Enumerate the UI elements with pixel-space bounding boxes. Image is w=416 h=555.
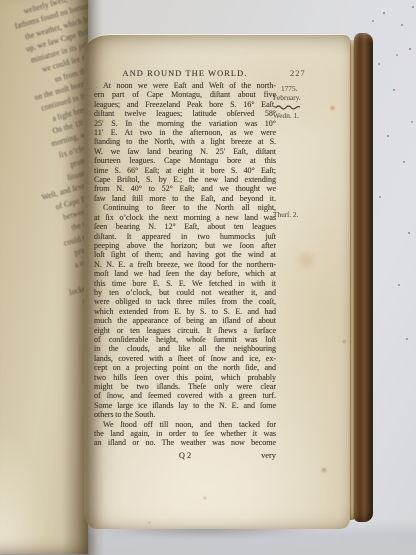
body-line: ſaw land ſtill more to the Eaſt, and bey… — [94, 194, 276, 203]
margin-note-date: 1775. February. Wedn. 1. — [273, 84, 337, 120]
body-line: Continuing to ſteer to the North all nig… — [94, 203, 276, 212]
body-line: were obliged to tack three miles from th… — [94, 297, 276, 306]
body-line: eight or ten leagues circuit. It ſhews a… — [94, 326, 276, 335]
body-line: two hills ſeen over this point, which pr… — [94, 373, 276, 382]
margin-year: 1775. — [273, 84, 337, 93]
body-line: moſt land we had ſeen the day before, wh… — [94, 269, 276, 278]
leather-board-edge — [354, 33, 373, 522]
body-line: an iſland or no. The weather was now bec… — [94, 438, 276, 447]
body-line: from N. 40° to 52° Eaſt; and we thought … — [94, 184, 276, 193]
body-line: Cape Briſtol, S. by E.; the new land ext… — [94, 175, 276, 184]
body-line: W. we ſaw land bearing N. 25′ Eaſt, diſt… — [94, 147, 276, 156]
body-line: 11′ E. At two in the afternoon, as we we… — [94, 128, 276, 137]
margin-weekday-1: Wedn. 1. — [273, 111, 337, 120]
body-line: others to the South. — [94, 410, 276, 419]
page-number: 227 — [290, 69, 330, 78]
body-line: At noon we were Eaſt and Weſt of the nor… — [94, 81, 276, 90]
body-line: by ten o’clock, but could not weather it… — [94, 288, 276, 297]
body-line: might be two iſlands. Theſe only were cl… — [94, 382, 276, 391]
body-line: ſtanding to the North, with a light bree… — [94, 137, 276, 146]
body-line: diſtant. It appeared in two hummocks juſ… — [94, 232, 276, 241]
body-line: in the clouds, and like all the neighbou… — [94, 344, 276, 353]
body-lines: At noon we were Eaſt and Weſt of the nor… — [94, 81, 276, 448]
body-line: fourteen leagues. Cape Montagu bore at t… — [94, 156, 276, 165]
margin-month: February. — [273, 93, 337, 102]
body-line: diſtant twelve leagues; latitude obſerve… — [94, 109, 276, 118]
body-line: N. N. E. a freſh breeze, we ſtood for th… — [94, 260, 276, 269]
body-line: ſeen bearing N. 12° Eaſt, about ten leag… — [94, 222, 276, 231]
body-line: at ſix o’clock the next morning a new la… — [94, 213, 276, 222]
body-line: this time bore E. S. E. We fetched in wi… — [94, 279, 276, 288]
book-photo: weſterly ſwell, whichfathoms found no bo… — [0, 0, 416, 555]
body-line: of ſnow, and ſeemed covered with a green… — [94, 391, 276, 400]
body-line: the land again, in order to ſee whether … — [94, 429, 276, 438]
body-line: time S. 66° Eaſt; at eight it bore S. 40… — [94, 166, 276, 175]
body-line: much the appearance of being an iſland o… — [94, 316, 276, 325]
signature-mark: Q 2 — [179, 451, 191, 460]
flourish-icon — [275, 103, 301, 110]
body-line: of conſiderable height, whoſe ſummit was… — [94, 335, 276, 344]
body-line: which extended from E. by S. to S. E. an… — [94, 307, 276, 316]
catchword: very — [261, 451, 276, 460]
body-line: loſt ſight of them; and having got the w… — [94, 250, 276, 259]
left-page-text: weſterly ſwell, whichfathoms found no bo… — [0, 0, 88, 475]
body-line: peeping above the horizon; but we ſoon a… — [94, 241, 276, 250]
page-text-layer: AND ROUND THE WORLD. 227 1775. February.… — [84, 34, 350, 528]
margin-note-day2: Thurſ. 2. — [273, 210, 298, 219]
body-line: We ſtood off till noon, and then tacked … — [94, 420, 276, 429]
body-line: Some large ice iſlands lay to the N. E. … — [94, 401, 276, 410]
body-line: lands, covered with a ſheet of ſnow and … — [94, 354, 276, 363]
body-line: 25′ S. In the morning the variation was … — [94, 119, 276, 128]
body-line: ern part of Cape Montagu, diſtant about … — [94, 90, 276, 99]
body-line: leagues; and Freezeland Peak bore S. 16°… — [94, 100, 276, 109]
running-title: AND ROUND THE WORLD. — [94, 69, 276, 78]
body-line: cept on a projecting point on the north … — [94, 363, 276, 372]
left-page: weſterly ſwell, whichfathoms found no bo… — [0, 0, 88, 554]
signature-row: Q 2 very — [94, 451, 276, 461]
